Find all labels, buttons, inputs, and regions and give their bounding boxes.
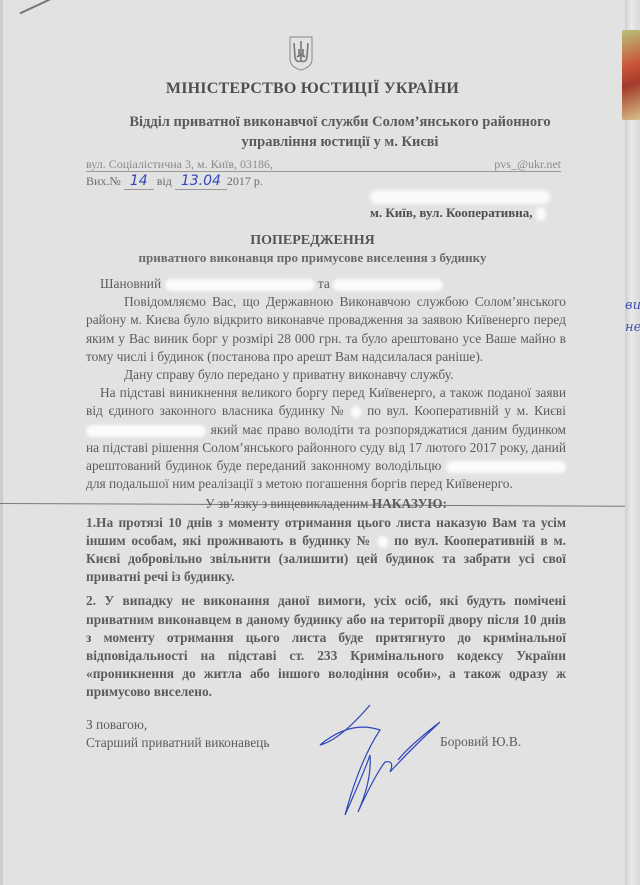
outgoing-from-label: від — [157, 174, 172, 188]
greeting: Шановний та — [86, 275, 566, 293]
page-edge — [0, 0, 3, 885]
outgoing-prefix: Вих.№ — [86, 174, 121, 188]
document-body: Шановний та Повідомляємо Вас, що Державн… — [86, 275, 566, 702]
order-item-2: 2. У випадку не виконання даної вимоги, … — [86, 592, 566, 701]
document-page: МІНІСТЕРСТВО ЮСТИЦІЇ УКРАЇНИ Відділ прив… — [0, 0, 625, 885]
redacted-owner-name — [86, 425, 206, 437]
document-subtitle: приватного виконавця про примусове висел… — [0, 250, 625, 266]
outgoing-number: Вих.№ 14 від 13.042017 р. — [86, 173, 263, 190]
outgoing-date-value: 13.04 — [175, 173, 227, 190]
redacted-name — [333, 279, 443, 291]
greeting-text: Шановний — [100, 276, 161, 291]
order-item-1: 1.На протязі 10 днів з моменту отримання… — [86, 514, 566, 587]
corner-mark — [19, 0, 56, 14]
redacted-name — [165, 279, 315, 291]
department-line-2: управління юстиції у м. Києві — [100, 132, 580, 152]
margin-note-1: ви — [625, 295, 640, 317]
signer-position: Старший приватний виконавець — [86, 734, 269, 752]
office-email: pvs_@ukr.net — [494, 157, 561, 171]
margin-handwriting: ви нер — [625, 295, 640, 339]
redacted-house-number — [536, 207, 546, 221]
ukraine-trident-icon — [288, 35, 314, 71]
background-photo-fragment — [622, 30, 640, 120]
background-edge — [625, 0, 640, 885]
paragraph-2: Дану справу було передано у приватну вик… — [86, 366, 566, 384]
signer-name: Боровий Ю.В. — [440, 734, 521, 750]
office-address: вул. Соціалістична 3, м. Київ, 03186, — [86, 157, 273, 171]
recipient-address: м. Київ, вул. Кооперативна, — [370, 205, 546, 221]
redacted-recipient-name — [370, 190, 550, 204]
redacted-house-number — [378, 536, 388, 548]
department-name: Відділ приватної виконавчої служби Солом… — [100, 112, 580, 152]
closing-regards: З повагою, — [86, 716, 269, 734]
closing-block: З повагою, Старший приватний виконавець — [86, 716, 269, 752]
p3-b: по вул. Кооперативній у м. Києві — [367, 403, 566, 418]
outgoing-year: 2017 р. — [227, 174, 263, 188]
signature-mark — [300, 700, 460, 820]
greeting-and: та — [318, 276, 330, 291]
ministry-name: МІНІСТЕРСТВО ЮСТИЦІЇ УКРАЇНИ — [0, 80, 625, 98]
paragraph-1: Повідомляємо Вас, що Державною Виконавчо… — [86, 293, 566, 366]
p3-d: для подальшої ним реалізації з метою пог… — [86, 476, 513, 491]
document-title: ПОПЕРЕДЖЕННЯ — [0, 233, 625, 249]
redacted-house-number — [351, 406, 361, 418]
paragraph-3: На підставі виникнення великого боргу пе… — [86, 384, 566, 493]
department-line-1: Відділ приватної виконавчої служби Солом… — [100, 112, 580, 132]
recipient-street: м. Київ, вул. Кооперативна, — [370, 205, 533, 220]
redacted-owner-name — [446, 461, 566, 473]
margin-note-2: нер — [625, 317, 640, 339]
outgoing-number-value: 14 — [124, 173, 154, 190]
address-line: вул. Соціалістична 3, м. Київ, 03186, pv… — [86, 157, 561, 172]
